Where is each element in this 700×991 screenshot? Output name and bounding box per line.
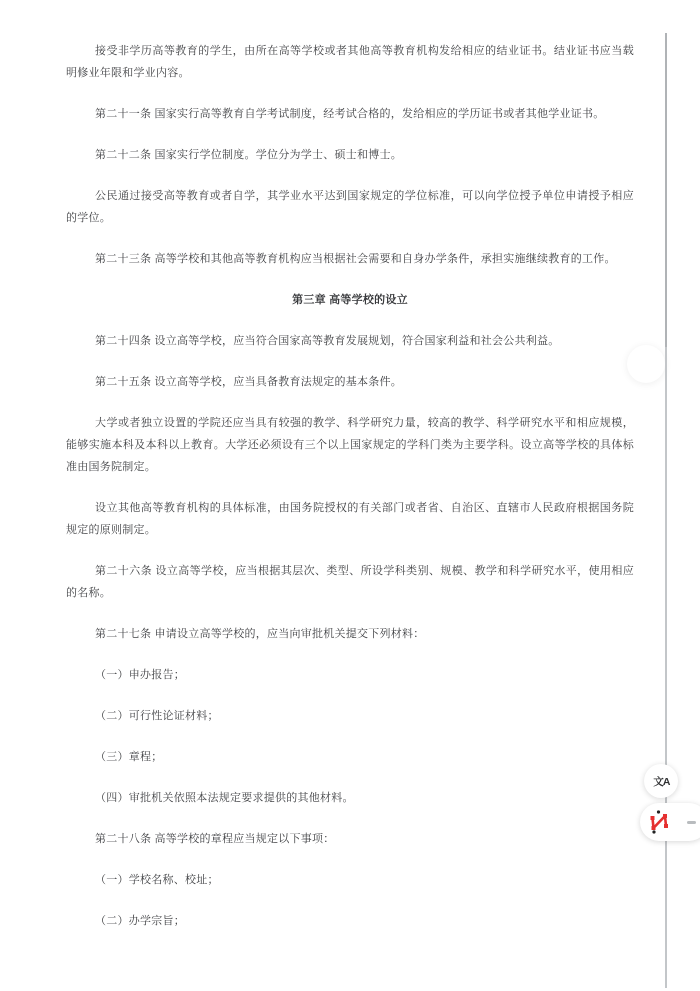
paragraph-article-24: 第二十四条 设立高等学校，应当符合国家高等教育发展规划，符合国家利益和社会公共利… [66,330,634,352]
scrollbar-thumb[interactable] [665,33,667,347]
translate-button[interactable]: 文A [644,764,678,798]
list-item: （二）办学宗旨； [66,910,634,932]
paragraph-article-28: 第二十八条 高等学校的章程应当规定以下事项： [66,828,634,850]
list-item: （四）审批机关依照本法规定要求提供的其他材料。 [66,787,634,809]
paragraph: 大学或者独立设置的学院还应当具有较强的教学、科学研究力量，较高的教学、科学研究水… [66,412,634,478]
list-item: （一）申办报告； [66,664,634,686]
network-graph-icon [648,810,670,834]
list-item: （一）学校名称、校址； [66,869,634,891]
paragraph-article-25: 第二十五条 设立高等学校，应当具备教育法规定的基本条件。 [66,371,634,393]
chapter-heading: 第三章 高等学校的设立 [66,289,634,311]
paragraph-article-23: 第二十三条 高等学校和其他高等教育机构应当根据社会需要和自身办学条件，承担实施继… [66,248,634,270]
paragraph-article-26: 第二十六条 设立高等学校，应当根据其层次、类型、所设学科类别、规模、教学和科学研… [66,560,634,604]
paragraph-article-27: 第二十七条 申请设立高等学校的，应当向审批机关提交下列材料： [66,623,634,645]
paragraph-article-22: 第二十二条 国家实行学位制度。学位分为学士、硕士和博士。 [66,144,634,166]
page: { "document": { "paragraphs": [ { "type"… [0,0,700,991]
hidden-floating-widget[interactable] [627,345,665,383]
pill-handle [687,821,696,824]
law-document-text: 接受非学历高等教育的学生，由所在高等学校或者其他高等教育机构发给相应的结业证书。… [66,0,634,951]
paragraph: 设立其他高等教育机构的具体标准，由国务院授权的有关部门或者省、自治区、直辖市人民… [66,497,634,541]
paragraph: 公民通过接受高等教育或者自学，其学业水平达到国家规定的学位标准，可以向学位授予单… [66,185,634,229]
scrollbar-track[interactable] [665,33,667,988]
list-item: （三）章程； [66,746,634,768]
list-item: （二）可行性论证材料； [66,705,634,727]
paragraph-article-21: 第二十一条 国家实行高等教育自学考试制度，经考试合格的，发给相应的学历证书或者其… [66,103,634,125]
translate-icon: 文A [653,773,669,788]
paragraph: 接受非学历高等教育的学生，由所在高等学校或者其他高等教育机构发给相应的结业证书。… [66,40,634,84]
share-widget-button[interactable] [640,803,700,841]
